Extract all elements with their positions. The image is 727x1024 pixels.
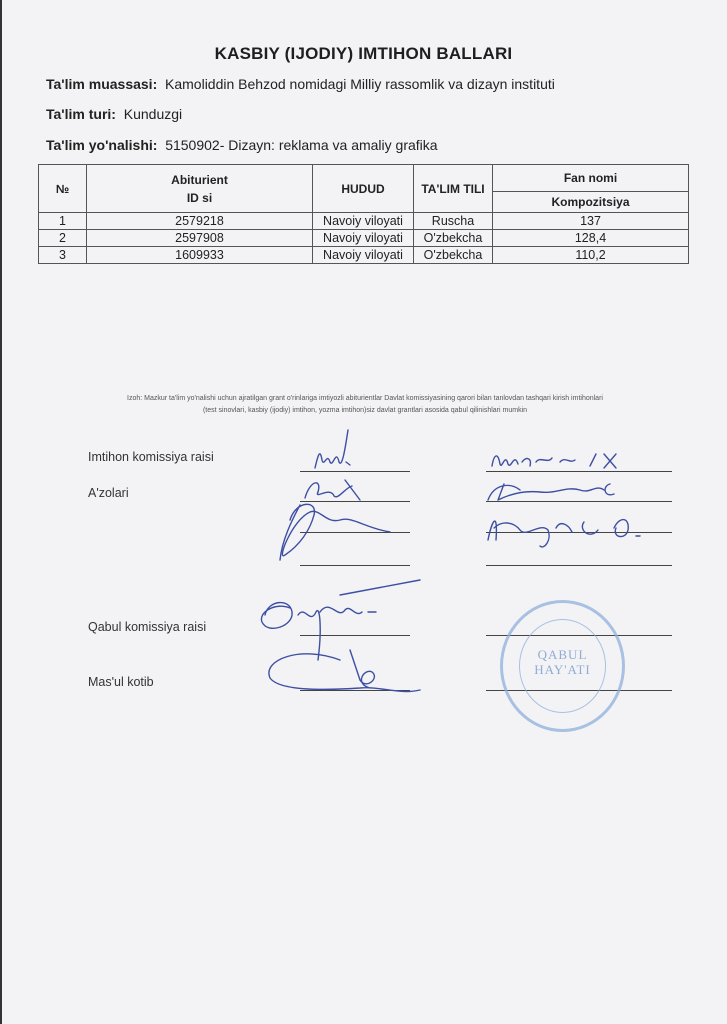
header-applicant-id: Abiturient ID si xyxy=(87,165,313,213)
header-region: HUDUD xyxy=(313,165,414,213)
cell-language: O'zbekcha xyxy=(414,247,493,264)
cell-region: Navoiy viloyati xyxy=(313,230,414,247)
header-language: TA'LIM TILI xyxy=(414,165,493,213)
header-subject: Kompozitsiya xyxy=(493,192,689,213)
footnote-line: Izoh: Mazkur ta'lim yo'nalishi uchun ajr… xyxy=(40,393,690,405)
label-exam-commission-chair: Imtihon komissiya raisi xyxy=(88,450,214,464)
signature-line xyxy=(300,471,410,472)
signature-line xyxy=(300,532,410,533)
table-row: 2 2597908 Navoiy viloyati O'zbekcha 128,… xyxy=(39,230,689,247)
cell-no: 3 xyxy=(39,247,87,264)
label-members: A'zolari xyxy=(88,486,129,500)
field-study-type: Ta'lim turi: Kunduzgi xyxy=(46,106,182,122)
cell-score: 137 xyxy=(493,213,689,230)
field-label: Ta'lim muassasi: xyxy=(46,76,157,92)
signature-line xyxy=(300,501,410,502)
header-no: № xyxy=(39,165,87,213)
field-label: Ta'lim yo'nalishi: xyxy=(46,137,157,153)
cell-region: Navoiy viloyati xyxy=(313,213,414,230)
scores-table: № Abiturient ID si HUDUD TA'LIM TILI Fan… xyxy=(38,164,689,264)
field-label: Ta'lim turi: xyxy=(46,106,116,122)
field-institution: Ta'lim muassasi: Kamoliddin Behzod nomid… xyxy=(46,76,555,92)
cell-score: 110,2 xyxy=(493,247,689,264)
document-page: KASBIY (IJODIY) IMTIHON BALLARI Ta'lim m… xyxy=(0,0,727,1024)
official-stamp: QABUL HAY'ATI xyxy=(500,600,625,732)
label-admission-commission-chair: Qabul komissiya raisi xyxy=(88,620,206,634)
cell-language: Ruscha xyxy=(414,213,493,230)
cell-id: 1609933 xyxy=(87,247,313,264)
name-line xyxy=(486,532,672,533)
header-subject-group: Fan nomi xyxy=(493,165,689,192)
signature-stroke xyxy=(315,430,348,468)
cell-id: 2579218 xyxy=(87,213,313,230)
document-title: KASBIY (IJODIY) IMTIHON BALLARI xyxy=(0,44,727,64)
stamp-line: HAY'ATI xyxy=(503,662,622,677)
signature-line xyxy=(300,690,410,691)
header-text: Abiturient xyxy=(87,173,312,187)
label-responsible-secretary: Mas'ul kotib xyxy=(88,675,154,689)
cell-no: 2 xyxy=(39,230,87,247)
cell-id: 2597908 xyxy=(87,230,313,247)
cell-region: Navoiy viloyati xyxy=(313,247,414,264)
footnote-line: (test sinovlari, kasbiy (ijodiy) imtihon… xyxy=(40,405,690,417)
cell-no: 1 xyxy=(39,213,87,230)
stamp-text: QABUL HAY'ATI xyxy=(503,647,622,677)
name-line xyxy=(486,501,672,502)
field-value: Kamoliddin Behzod nomidagi Milliy rassom… xyxy=(165,76,555,92)
cell-language: O'zbekcha xyxy=(414,230,493,247)
handwritten-signatures xyxy=(0,0,727,1024)
field-direction: Ta'lim yo'nalishi: 5150902- Dizayn: rekl… xyxy=(46,137,438,153)
table-row: 1 2579218 Navoiy viloyati Ruscha 137 xyxy=(39,213,689,230)
header-text: ID si xyxy=(87,191,312,205)
stamp-line: QABUL xyxy=(503,647,622,662)
footnote: Izoh: Mazkur ta'lim yo'nalishi uchun ajr… xyxy=(40,393,690,417)
signature-line xyxy=(300,635,410,636)
table-row: 3 1609933 Navoiy viloyati O'zbekcha 110,… xyxy=(39,247,689,264)
cell-score: 128,4 xyxy=(493,230,689,247)
name-line xyxy=(486,565,672,566)
field-value: 5150902- Dizayn: reklama va amaliy grafi… xyxy=(165,137,437,153)
signature-line xyxy=(300,565,410,566)
name-line xyxy=(486,471,672,472)
scan-edge xyxy=(0,0,2,1024)
field-value: Kunduzgi xyxy=(124,106,182,122)
